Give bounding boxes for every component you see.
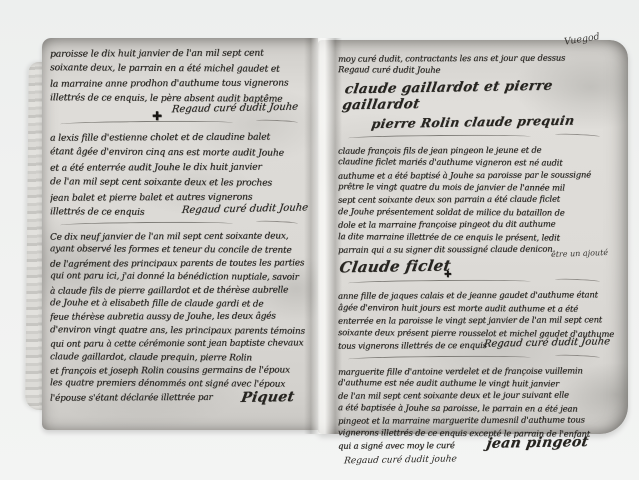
witness-signatures: claude gaillardot et pierre gaillardot	[341, 76, 617, 113]
register-entry-baptism-end: paroisse le dix huit janvier de l'an mil…	[50, 46, 312, 115]
entry-separator: ✚	[52, 117, 300, 127]
manuscript-line: feue thérèse aubretia aussy de Jouhe, le…	[50, 311, 312, 326]
register-entry-marriage-end: moy curé dudit, contractants les ans et …	[338, 52, 614, 129]
register-entry-burial: anne fille de jaques calais et de jeanne…	[338, 289, 614, 349]
entry-lines: Ce dix neuf janvier de l'an mil sept cen…	[50, 231, 312, 405]
entry-separator: ✚	[340, 276, 602, 286]
manuscript-line: pingeot et la marraine marguerite dumesn…	[338, 413, 614, 427]
manuscript-line: de l'an mil sept cent soixante deux et l…	[338, 389, 614, 403]
manuscript-line: la marraine anne prodhon d'authume tous …	[50, 75, 312, 91]
priest-signature: Regaud curé dudit jouhe	[344, 452, 615, 467]
manuscript-line: ayant observé les formes et teneur du co…	[50, 244, 312, 259]
manuscript-line: de l'an mil sept cent soixante deux et l…	[50, 174, 312, 191]
manuscript-line: étant âgée d'environ cinq ans est morte …	[50, 144, 312, 161]
manuscript-line: enterrée en la paroisse le vingt sept ja…	[338, 314, 614, 328]
corner-annotation: Vuegod	[563, 31, 600, 47]
manuscript-line: claudine ficlet mariés d'authume vignero…	[338, 155, 614, 169]
entry-separator	[340, 352, 602, 362]
entry-separator	[340, 131, 602, 141]
register-entry-burial: a lexis fille d'estienne cholet et de cl…	[50, 130, 312, 216]
entry-separator	[52, 218, 300, 228]
entry-lines: claude françois fils de jean pingeon le …	[338, 144, 614, 256]
manuscript-line: soixante deux, le parrain en a été miche…	[50, 60, 312, 77]
manuscript-line: paroisse le dix huit janvier de l'an mil…	[50, 45, 312, 61]
godfather-signature: Claude ficlet	[338, 254, 616, 277]
right-page: Vuegod moy curé dudit, contractants les …	[318, 40, 628, 434]
manuscript-line: dole et la marraine françoise pingeot du…	[338, 218, 614, 232]
cross-icon: ✚	[444, 270, 452, 280]
manuscript-line: qui ont paru à cette cérémonie sont jean…	[50, 338, 312, 353]
entry-lines: moy curé dudit, contractants les ans et …	[338, 52, 614, 77]
manuscript-line: qui ont paru ici, j'ai donné la bénédict…	[50, 270, 312, 285]
manuscript-line: Regaud curé dudit Jouhe	[338, 64, 614, 78]
register-entry-marriage: Ce dix neuf janvier de l'an mil sept cen…	[50, 231, 312, 407]
scanned-manuscript-photo: paroisse le dix huit janvier de l'an mil…	[0, 0, 639, 480]
manuscript-line: et a été enterrée audit Jouhe le dix hui…	[50, 159, 312, 175]
left-page: paroisse le dix huit janvier de l'an mil…	[42, 38, 318, 430]
priest-signature: Piquet	[48, 389, 313, 410]
register-entry-baptism: claude françois fils de jean pingeon le …	[338, 144, 614, 275]
entry-lines: paroisse le dix huit janvier de l'an mil…	[50, 46, 312, 106]
cross-icon: ✚	[152, 109, 162, 123]
manuscript-line: a lexis fille d'estienne cholet et de cl…	[50, 129, 312, 145]
witness-signatures: pierre Rolin claude prequin	[370, 112, 615, 131]
register-entry-baptism: marguerite fille d'antoine verdelet et d…	[338, 365, 614, 465]
